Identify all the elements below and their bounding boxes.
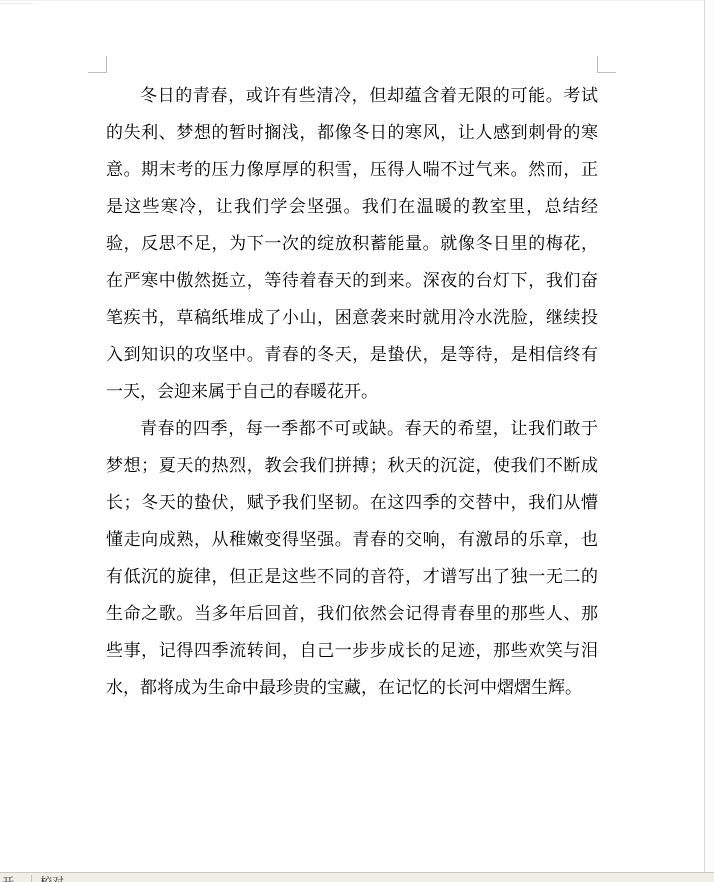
- status-item-clipped-left[interactable]: 开: [2, 875, 14, 882]
- scrollbar-track[interactable]: [704, 0, 714, 872]
- status-item-proofing[interactable]: 校对: [40, 875, 64, 882]
- text-boundary-mark-top-left: [88, 56, 107, 73]
- status-bar-separator: [31, 875, 32, 882]
- document-window: 冬日的青春，或许有些清冷，但却蕴含着无限的可能。考试的失利、梦想的暂时搁浅，都像…: [0, 0, 714, 882]
- window-top-left-edge: [0, 3, 33, 4]
- paragraph-four-seasons[interactable]: 青春的四季，每一季都不可或缺。春天的希望，让我们敢于梦想；夏天的热烈，教会我们拼…: [106, 411, 598, 707]
- document-text-area[interactable]: 冬日的青春，或许有些清冷，但却蕴含着无限的可能。考试的失利、梦想的暂时搁浅，都像…: [106, 78, 598, 707]
- paragraph-winter-youth[interactable]: 冬日的青春，或许有些清冷，但却蕴含着无限的可能。考试的失利、梦想的暂时搁浅，都像…: [106, 78, 598, 411]
- text-boundary-mark-top-right: [597, 56, 616, 73]
- status-bar: 开 校对: [0, 872, 714, 882]
- window-top-edge: [0, 0, 714, 1]
